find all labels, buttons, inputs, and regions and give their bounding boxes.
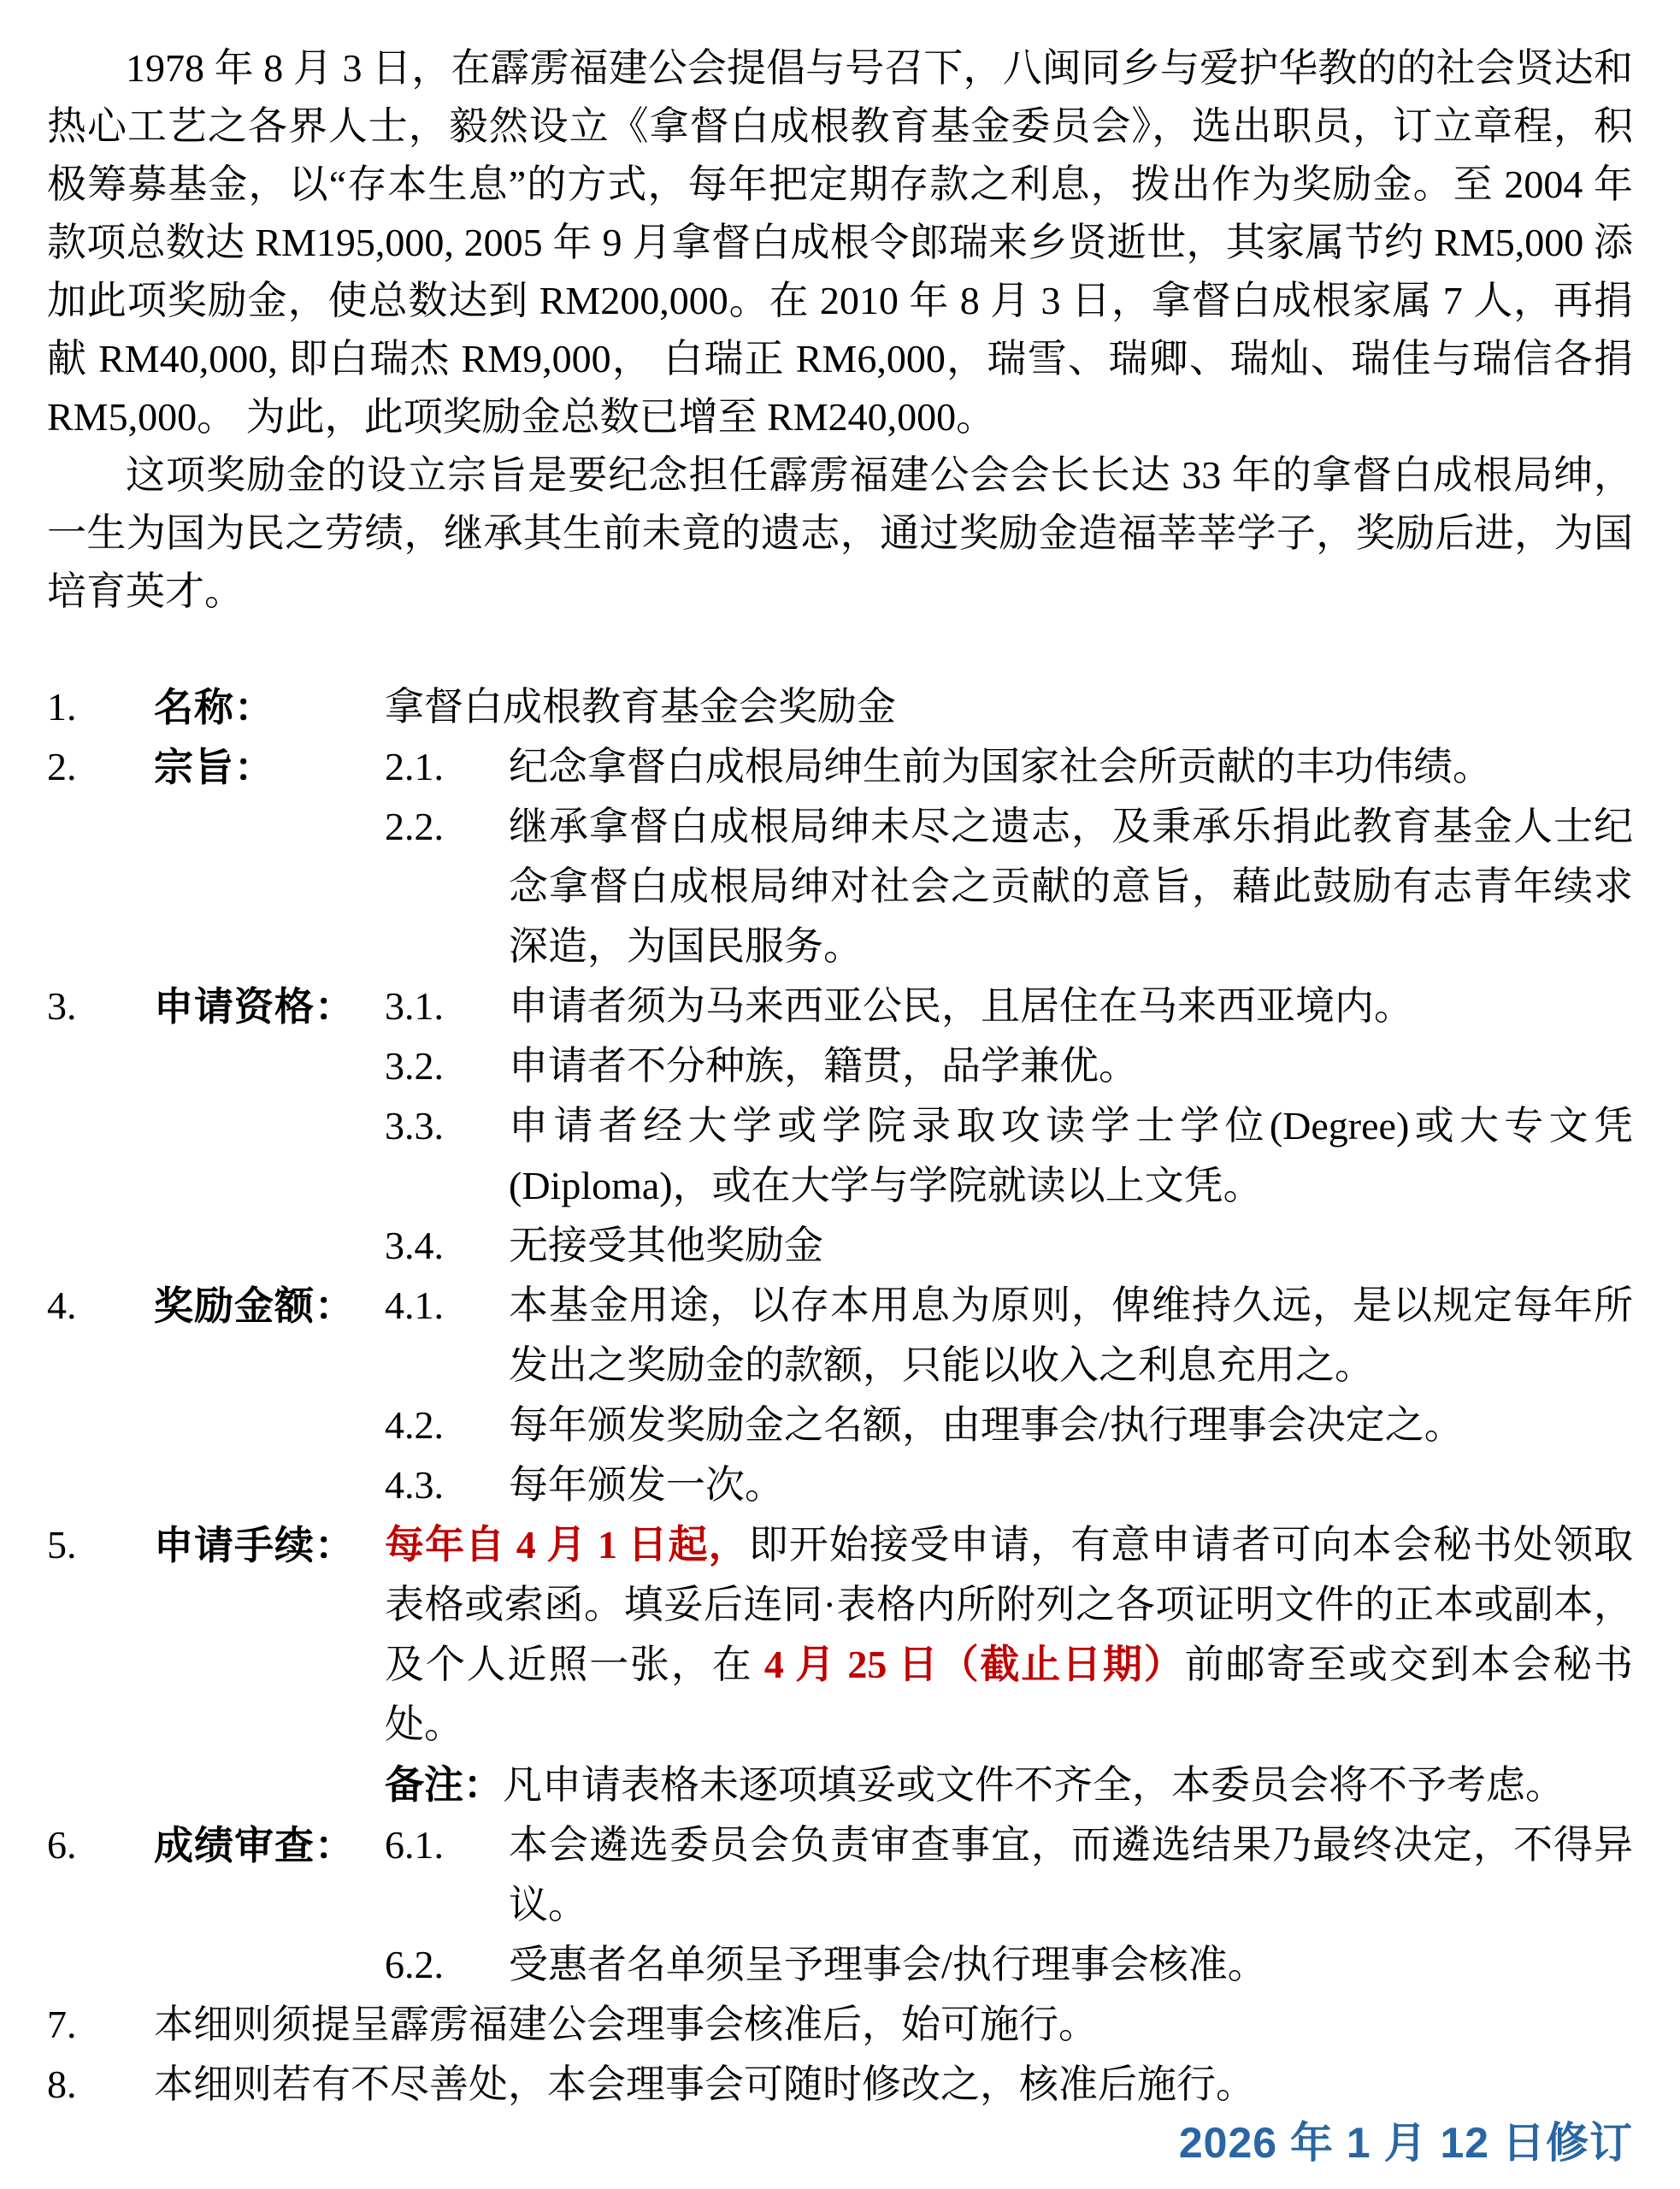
rule-label: 成绩审查：: [154, 1815, 385, 1875]
rule-label: 申请资格：: [154, 976, 385, 1036]
rule-subitem: 6.2.受惠者名单须呈予理事会/执行理事会核准。: [385, 1935, 1633, 1995]
rule-subitem: 3.1.申请者须为马来西亚公民，且居住在马来西亚境内。: [385, 976, 1633, 1036]
subitem-text: 每年颁发奖励金之名额，由理事会/执行理事会决定之。: [509, 1395, 1633, 1455]
rule-subitem: 6.1.本会遴选委员会负责审查事宜，而遴选结果乃最终决定，不得异议。: [385, 1815, 1633, 1935]
rule-number: 2.: [47, 737, 154, 797]
subitem-text: 本基金用途，以存本用息为原则，俾维持久远，是以规定每年所发出之奖励金的款额，只能…: [509, 1276, 1633, 1395]
rules-list: 1.名称：拿督白成根教育基金会奖励金2.宗旨：2.1.纪念拿督白成根局绅生前为国…: [47, 677, 1633, 2115]
subitem-text: 纪念拿督白成根局绅生前为国家社会所贡献的丰功伟绩。: [509, 737, 1633, 797]
rule-subitem: 4.1.本基金用途，以存本用息为原则，俾维持久远，是以规定每年所发出之奖励金的款…: [385, 1276, 1633, 1395]
rule-content: 3.1.申请者须为马来西亚公民，且居住在马来西亚境内。3.2.申请者不分种族，籍…: [385, 976, 1633, 1276]
subitem-number: 4.2.: [385, 1395, 509, 1455]
rule-item: 3.申请资格：3.1.申请者须为马来西亚公民，且居住在马来西亚境内。3.2.申请…: [47, 976, 1633, 1276]
subitem-text: 每年颁发一次。: [509, 1455, 1633, 1515]
rule-text: 拿督白成根教育基金会奖励金: [385, 677, 1633, 737]
rule-text: 本细则若有不尽善处，本会理事会可随时修改之，核准后施行。: [154, 2055, 1633, 2115]
rule-subitem: 3.2.申请者不分种族，籍贯，品学兼优。: [385, 1036, 1633, 1096]
deadline-highlight: 每年自 4 月 1 日起，: [385, 1523, 749, 1567]
deadline-highlight: 4 月 25 日（截止日期）: [764, 1643, 1185, 1686]
rule-content: 6.1.本会遴选委员会负责审查事宜，而遴选结果乃最终决定，不得异议。6.2.受惠…: [385, 1815, 1633, 1995]
rule-subitem: 3.4.无接受其他奖励金: [385, 1216, 1633, 1276]
rule-content: 拿督白成根教育基金会奖励金: [385, 677, 1633, 737]
rule-item: 7.本细则须提呈霹雳福建公会理事会核准后，始可施行。: [47, 1995, 1633, 2055]
subitem-text: 继承拿督白成根局绅未尽之遗志，及秉承乐捐此教育基金人士纪念拿督白成根局绅对社会之…: [509, 797, 1633, 976]
subitem-number: 2.2.: [385, 797, 509, 857]
subitem-number: 2.1.: [385, 737, 509, 797]
subitem-number: 3.4.: [385, 1216, 509, 1276]
document-page: 1978 年 8 月 3 日，在霹雳福建公会提倡与号召下，八闽同乡与爱护华教的的…: [0, 0, 1680, 2189]
subitem-text: 本会遴选委员会负责审查事宜，而遴选结果乃最终决定，不得异议。: [509, 1815, 1633, 1935]
rule-subitem: 2.2.继承拿督白成根局绅未尽之遗志，及秉承乐捐此教育基金人士纪念拿督白成根局绅…: [385, 797, 1633, 976]
subitem-number: 6.1.: [385, 1815, 509, 1875]
rule-text: 每年自 4 月 1 日起，即开始接受申请，有意申请者可向本会秘书处领取表格或索函…: [385, 1515, 1633, 1755]
subitem-text: 无接受其他奖励金: [509, 1216, 1633, 1276]
rule-label: 奖励金额：: [154, 1276, 385, 1336]
rule-content: 4.1.本基金用途，以存本用息为原则，俾维持久远，是以规定每年所发出之奖励金的款…: [385, 1276, 1633, 1515]
subitem-text: 申请者经大学或学院录取攻读学士学位(Degree)或大专文凭(Diploma)，…: [509, 1096, 1633, 1216]
intro-paragraph: 这项奖励金的设立宗旨是要纪念担任霹雳福建公会会长长达 33 年的拿督白成根局绅，…: [47, 446, 1633, 621]
rule-subitem: 2.1.纪念拿督白成根局绅生前为国家社会所贡献的丰功伟绩。: [385, 737, 1633, 797]
rule-number: 1.: [47, 677, 154, 737]
subitem-text: 申请者不分种族，籍贯，品学兼优。: [509, 1036, 1633, 1096]
intro-section: 1978 年 8 月 3 日，在霹雳福建公会提倡与号召下，八闽同乡与爱护华教的的…: [47, 39, 1633, 621]
rule-item: 5.申请手续：每年自 4 月 1 日起，即开始接受申请，有意申请者可向本会秘书处…: [47, 1515, 1633, 1815]
rule-item: 4.奖励金额：4.1.本基金用途，以存本用息为原则，俾维持久远，是以规定每年所发…: [47, 1276, 1633, 1515]
rule-note: 备注：凡申请表格未逐项填妥或文件不齐全，本委员会将不予考虑。: [385, 1755, 1633, 1815]
rule-number: 6.: [47, 1815, 154, 1875]
rule-number: 5.: [47, 1515, 154, 1575]
subitem-text: 申请者须为马来西亚公民，且居住在马来西亚境内。: [509, 976, 1633, 1036]
revision-date: 2026 年 1 月 12 日修订: [1179, 2119, 1633, 2167]
rule-text: 本细则须提呈霹雳福建公会理事会核准后，始可施行。: [154, 1995, 1633, 2055]
rule-label: 名称：: [154, 677, 385, 737]
rule-item: 8.本细则若有不尽善处，本会理事会可随时修改之，核准后施行。: [47, 2055, 1633, 2115]
rule-label: 申请手续：: [154, 1515, 385, 1575]
rule-label: 宗旨：: [154, 737, 385, 797]
subitem-text: 受惠者名单须呈予理事会/执行理事会核准。: [509, 1935, 1633, 1995]
rule-item: 1.名称：拿督白成根教育基金会奖励金: [47, 677, 1633, 737]
rule-number: 8.: [47, 2055, 154, 2115]
rule-subitem: 4.2.每年颁发奖励金之名额，由理事会/执行理事会决定之。: [385, 1395, 1633, 1455]
subitem-number: 4.3.: [385, 1455, 509, 1515]
note-label: 备注：: [385, 1762, 503, 1807]
revision-footer: 2026 年 1 月 12 日修订: [1179, 2109, 1633, 2170]
rule-subitem: 3.3.申请者经大学或学院录取攻读学士学位(Degree)或大专文凭(Diplo…: [385, 1096, 1633, 1216]
rule-number: 7.: [47, 1995, 154, 2055]
rule-content: 每年自 4 月 1 日起，即开始接受申请，有意申请者可向本会秘书处领取表格或索函…: [385, 1515, 1633, 1815]
subitem-number: 3.3.: [385, 1096, 509, 1156]
intro-paragraph: 1978 年 8 月 3 日，在霹雳福建公会提倡与号召下，八闽同乡与爱护华教的的…: [47, 39, 1633, 446]
rule-item: 6.成绩审查：6.1.本会遴选委员会负责审查事宜，而遴选结果乃最终决定，不得异议…: [47, 1815, 1633, 1995]
rule-item: 2.宗旨：2.1.纪念拿督白成根局绅生前为国家社会所贡献的丰功伟绩。2.2.继承…: [47, 737, 1633, 976]
subitem-number: 4.1.: [385, 1276, 509, 1336]
rule-number: 4.: [47, 1276, 154, 1336]
rule-subitem: 4.3.每年颁发一次。: [385, 1455, 1633, 1515]
note-text: 凡申请表格未逐项填妥或文件不齐全，本委员会将不予考虑。: [503, 1763, 1565, 1807]
subitem-number: 3.2.: [385, 1036, 509, 1096]
subitem-number: 6.2.: [385, 1935, 509, 1995]
rule-content: 2.1.纪念拿督白成根局绅生前为国家社会所贡献的丰功伟绩。2.2.继承拿督白成根…: [385, 737, 1633, 976]
subitem-number: 3.1.: [385, 976, 509, 1036]
rule-number: 3.: [47, 976, 154, 1036]
